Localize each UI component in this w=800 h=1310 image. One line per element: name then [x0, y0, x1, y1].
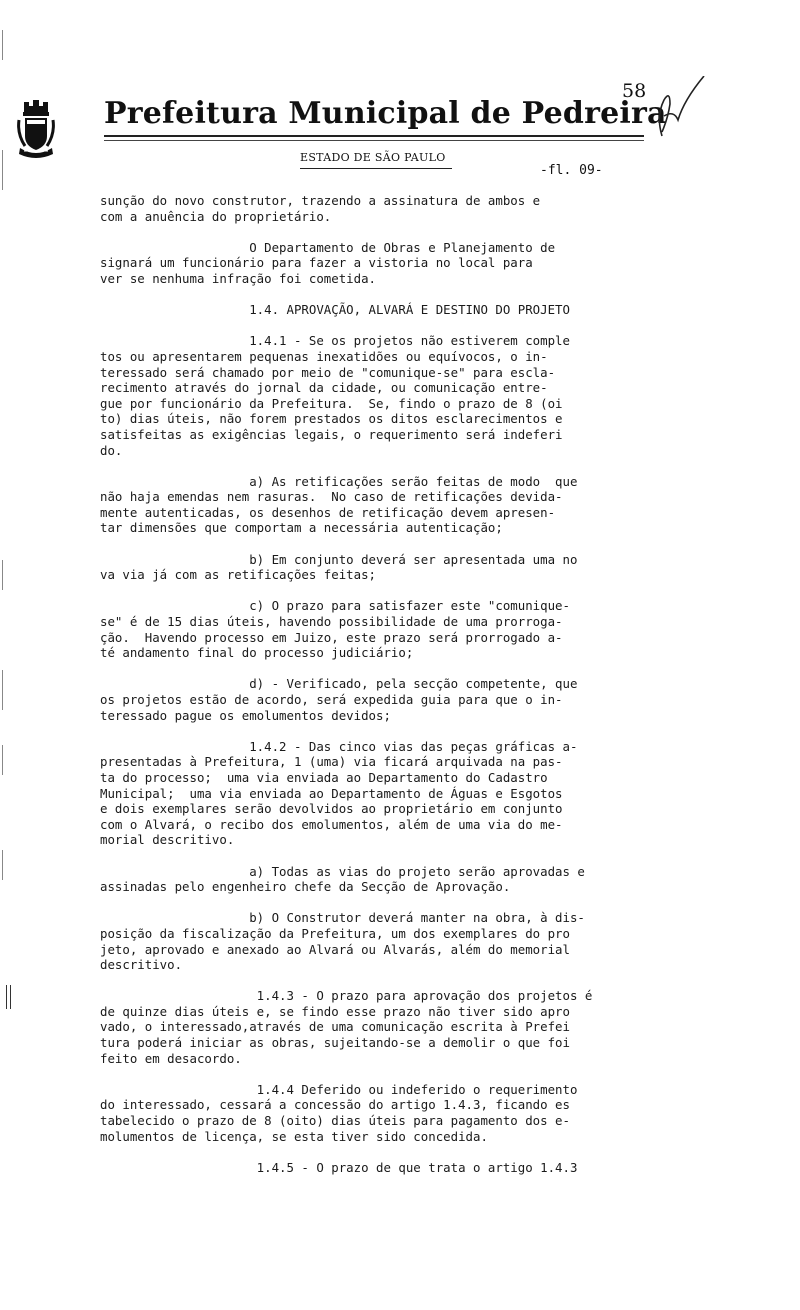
paragraph: b) O Construtor deverá manter na obra, à…: [100, 910, 710, 972]
state-underline: [300, 168, 452, 169]
text-line: e dois exemplares serão devolvidos ao pr…: [100, 801, 710, 817]
text-line: satisfeitas as exigências legais, o requ…: [100, 427, 710, 443]
document-body: sunção do novo construtor, trazendo a as…: [100, 193, 710, 1191]
scan-margin-mark: [2, 150, 3, 190]
text-line: sunção do novo construtor, trazendo a as…: [100, 193, 710, 209]
title-underline: [104, 135, 644, 141]
paragraph: d) - Verificado, pela secção competente,…: [100, 676, 710, 723]
paragraph: b) Em conjunto deverá ser apresentada um…: [100, 552, 710, 583]
scan-margin-mark: [6, 985, 7, 1009]
text-line: do.: [100, 443, 710, 459]
text-line: recimento através do jornal da cidade, o…: [100, 380, 710, 396]
text-line: de quinze dias úteis e, se findo esse pr…: [100, 1004, 710, 1020]
paragraph: 1.4. APROVAÇÃO, ALVARÁ E DESTINO DO PROJ…: [100, 302, 710, 318]
text-line: c) O prazo para satisfazer este "comuniq…: [100, 598, 710, 614]
text-line: gue por funcionário da Prefeitura. Se, f…: [100, 396, 710, 412]
scan-margin-mark: [2, 850, 3, 880]
scan-margin-mark: [2, 670, 3, 710]
paragraph: 1.4.2 - Das cinco vias das peças gráfica…: [100, 739, 710, 848]
text-line: 1.4.1 - Se os projetos não estiverem com…: [100, 333, 710, 349]
text-line: tura poderá iniciar as obras, sujeitando…: [100, 1035, 710, 1051]
coat-of-arms-icon: [16, 98, 56, 160]
text-line: 1.4. APROVAÇÃO, ALVARÁ E DESTINO DO PROJ…: [100, 302, 710, 318]
text-line: morial descritivo.: [100, 832, 710, 848]
text-line: os projetos estão de acordo, será expedi…: [100, 692, 710, 708]
paragraph: O Departamento de Obras e Planejamento d…: [100, 240, 710, 287]
text-line: 1.4.3 - O prazo para aprovação dos proje…: [100, 988, 710, 1004]
text-line: signará um funcionário para fazer a vist…: [100, 255, 710, 271]
scan-margin-mark: [2, 30, 3, 60]
text-line: a) Todas as vias do projeto serão aprova…: [100, 864, 710, 880]
paragraph: 1.4.5 - O prazo de que trata o artigo 1.…: [100, 1160, 710, 1176]
text-line: b) Em conjunto deverá ser apresentada um…: [100, 552, 710, 568]
text-line: to) dias úteis, não forem prestados os d…: [100, 411, 710, 427]
text-line: va via já com as retificações feitas;: [100, 567, 710, 583]
signature-icon: [648, 76, 708, 146]
text-line: com a anuência do proprietário.: [100, 209, 710, 225]
text-line: b) O Construtor deverá manter na obra, à…: [100, 910, 710, 926]
paragraph: a) Todas as vias do projeto serão aprova…: [100, 864, 710, 895]
paragraph: 1.4.4 Deferido ou indeferido o requerime…: [100, 1082, 710, 1144]
text-line: 1.4.5 - O prazo de que trata o artigo 1.…: [100, 1160, 710, 1176]
text-line: 1.4.4 Deferido ou indeferido o requerime…: [100, 1082, 710, 1098]
text-line: vado, o interessado,através de uma comun…: [100, 1019, 710, 1035]
text-line: 1.4.2 - Das cinco vias das peças gráfica…: [100, 739, 710, 755]
institution-title: Prefeitura Municipal de Pedreira: [104, 96, 667, 131]
paragraph: c) O prazo para satisfazer este "comuniq…: [100, 598, 710, 660]
text-line: tos ou apresentarem pequenas inexatidões…: [100, 349, 710, 365]
text-line: Municipal; uma via enviada ao Departamen…: [100, 786, 710, 802]
scan-margin-mark: [10, 985, 11, 1009]
scan-margin-mark: [2, 560, 3, 590]
document-page: Prefeitura Municipal de Pedreira 58 ESTA…: [0, 0, 800, 1310]
text-line: teressado pague os emolumentos devidos;: [100, 708, 710, 724]
text-line: posição da fiscalização da Prefeitura, u…: [100, 926, 710, 942]
text-line: tabelecido o prazo de 8 (oito) dias útei…: [100, 1113, 710, 1129]
text-line: mente autenticadas, os desenhos de retif…: [100, 505, 710, 521]
scan-margin-mark: [2, 745, 3, 775]
text-line: molumentos de licença, se esta tiver sid…: [100, 1129, 710, 1145]
text-line: O Departamento de Obras e Planejamento d…: [100, 240, 710, 256]
page-number: 58: [622, 80, 646, 102]
text-line: ta do processo; uma via enviada ao Depar…: [100, 770, 710, 786]
paragraph: 1.4.3 - O prazo para aprovação dos proje…: [100, 988, 710, 1066]
text-line: feito em desacordo.: [100, 1051, 710, 1067]
text-line: tar dimensões que comportam a necessária…: [100, 520, 710, 536]
text-line: com o Alvará, o recibo dos emolumentos, …: [100, 817, 710, 833]
folio-number: -fl. 09-: [540, 163, 603, 178]
text-line: se" é de 15 dias úteis, havendo possibil…: [100, 614, 710, 630]
text-line: ver se nenhuma infração foi cometida.: [100, 271, 710, 287]
text-line: jeto, aprovado e anexado ao Alvará ou Al…: [100, 942, 710, 958]
text-line: d) - Verificado, pela secção competente,…: [100, 676, 710, 692]
paragraph: a) As retificações serão feitas de modo …: [100, 474, 710, 536]
text-line: té andamento final do processo judiciári…: [100, 645, 710, 661]
text-line: do interessado, cessará a concessão do a…: [100, 1097, 710, 1113]
text-line: não haja emendas nem rasuras. No caso de…: [100, 489, 710, 505]
paragraph: sunção do novo construtor, trazendo a as…: [100, 193, 710, 224]
text-line: ção. Havendo processo em Juizo, este pra…: [100, 630, 710, 646]
text-line: presentadas à Prefeitura, 1 (uma) via fi…: [100, 754, 710, 770]
text-line: assinadas pelo engenheiro chefe da Secçã…: [100, 879, 710, 895]
text-line: a) As retificações serão feitas de modo …: [100, 474, 710, 490]
text-line: teressado será chamado por meio de "comu…: [100, 365, 710, 381]
text-line: descritivo.: [100, 957, 710, 973]
state-subtitle: ESTADO DE SÃO PAULO: [300, 151, 446, 164]
paragraph: 1.4.1 - Se os projetos não estiverem com…: [100, 333, 710, 458]
